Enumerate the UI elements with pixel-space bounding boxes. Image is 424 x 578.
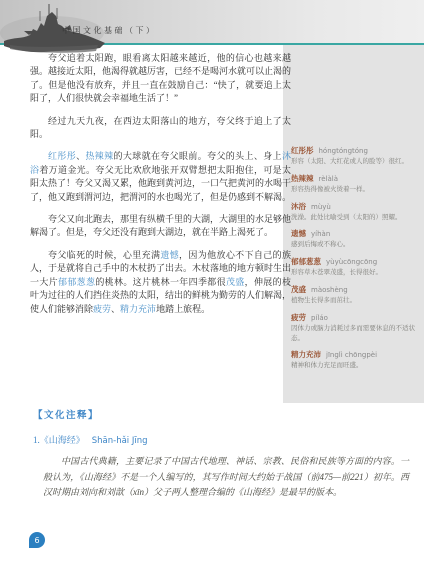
page-number-badge: 6 <box>29 532 45 548</box>
paragraph: 夸父又向北跑去，那里有纵横千里的大湖，大湖里的水足够他解渴了。但是，夸父还没有跑… <box>30 213 291 240</box>
vocab-word: 红彤彤 <box>291 146 314 155</box>
vocab-word-inline: 疲劳 <box>93 304 111 314</box>
vocab-word: 疲劳 <box>291 313 306 322</box>
vocab-entry: 沐浴mùyù 洗澡。此处比喻受到（太阳的）照耀。 <box>291 202 415 223</box>
paragraph: 夸父追着太阳跑，眼看离太阳越来越近，他的信心也越来越强。越接近太阳，他渴得就越厉… <box>30 52 291 106</box>
vocab-word-inline: 红彤彤 <box>48 151 76 161</box>
vocab-pinyin: píláo <box>311 314 328 322</box>
vocab-word: 遗憾 <box>291 229 306 238</box>
vocab-word: 郁郁葱葱 <box>291 257 321 266</box>
vocab-word-inline: 遗憾 <box>160 250 179 260</box>
text-segment: 着万道金光。夸父无比欢欣地张开双臂想把太阳抱住，可是太阳太热了！夸父又渴又累，他… <box>30 165 291 202</box>
note-body: 中国古代典籍，主要记录了中国古代地理、神话、宗教、民俗和民族等方面的内容。一般认… <box>43 454 409 501</box>
vocab-word: 精力充沛 <box>291 350 321 359</box>
vocab-word: 热辣辣 <box>291 174 314 183</box>
text-segment: 的大球就在夸父眼前。夸父的头上、身上 <box>114 151 282 161</box>
text-segment: 夸父又向北跑去，那里有纵横千里的大湖，大湖里的水足够他解渴了。但是，夸父还没有跑… <box>30 214 291 237</box>
note-term: 1.《山海经》 <box>33 435 85 445</box>
vocab-word-inline: 精力充沛 <box>120 304 156 314</box>
vocab-definition: 形容草木苍翠茂盛，长得很好。 <box>291 268 415 278</box>
note-pinyin: Shān-hǎi Jīng <box>92 436 148 446</box>
vocab-list: 红彤彤hóngtóngtóng 形容（太阳、大红花或人的脸等）很红。 热辣辣rè… <box>291 146 415 371</box>
vocab-pinyin: rèlàlà <box>319 175 339 183</box>
text-segment: 夸父追着太阳跑，眼看离太阳越来越近，他的信心也越来越强。越接近太阳，他渴得就越厉… <box>30 53 291 103</box>
vocab-word: 沐浴 <box>291 202 306 211</box>
vocab-entry: 遗憾yíhàn 感到后悔或不称心。 <box>291 229 415 250</box>
vocab-pinyin: mùyù <box>311 203 331 211</box>
vocab-definition: 洗澡。此处比喻受到（太阳的）照耀。 <box>291 213 415 223</box>
culture-notes: 【文化注释】 1.《山海经》Shān-hǎi Jīng 中国古代典籍，主要记录了… <box>33 407 414 501</box>
vocab-entry: 红彤彤hóngtóngtóng 形容（太阳、大红花或人的脸等）很红。 <box>291 146 415 167</box>
vocab-definition: 形容热得像被火烫着一样。 <box>291 185 415 195</box>
culture-notes-heading: 【文化注释】 <box>33 407 414 421</box>
vocab-definition: 植物生长得多而茁壮。 <box>291 296 415 306</box>
book-title: 中国文化基础（下） <box>62 25 157 36</box>
text-segment: 、 <box>111 304 120 314</box>
text-segment: 夸父临死的时候，心里充满 <box>48 250 160 260</box>
paragraph: 红彤彤、热辣辣的大球就在夸父眼前。夸父的头上、身上沐浴着万道金光。夸父无比欢欣地… <box>30 150 291 204</box>
paragraphs: 夸父追着太阳跑，眼看离太阳越来越近，他的信心也越来越强。越接近太阳，他渴得就越厉… <box>30 52 291 316</box>
vocab-word-inline: 郁郁葱葱 <box>58 277 95 287</box>
vocab-entry: 热辣辣rèlàlà 形容热得像被火烫着一样。 <box>291 174 415 195</box>
vocab-entry: 疲劳píláo 因体力或脑力消耗过多而需要休息的不适状态。 <box>291 313 415 344</box>
vocab-word-inline: 茂盛 <box>226 277 245 287</box>
text-segment: 经过九天九夜，在西边太阳落山的地方，夸父终于追上了太阳。 <box>30 116 291 139</box>
vocab-entry: 郁郁葱葱yùyùcōngcōng 形容草木苍翠茂盛，长得很好。 <box>291 257 415 278</box>
vocab-definition: 因体力或脑力消耗过多而需要休息的不适状态。 <box>291 324 415 344</box>
text-segment: 地踏上旅程。 <box>156 304 210 314</box>
paragraph: 经过九天九夜，在西边太阳落山的地方，夸父终于追上了太阳。 <box>30 115 291 142</box>
note-term-row: 1.《山海经》Shān-hǎi Jīng <box>33 433 414 446</box>
lesson-text: 夸父追着太阳跑，眼看离太阳越来越近，他的信心也越来越强。越接近太阳，他渴得就越厉… <box>30 52 291 325</box>
vocab-pinyin: yíhàn <box>311 230 330 238</box>
paragraph: 夸父临死的时候，心里充满遗憾，因为他放心不下自己的族人，于是就将自己手中的木杖扔… <box>30 249 291 316</box>
vocab-definition: 精神和体力充足而旺盛。 <box>291 361 415 371</box>
vocab-pinyin: jīnglì chōngpèi <box>326 351 377 359</box>
vocab-word-inline: 热辣辣 <box>85 151 113 161</box>
vocab-entry: 精力充沛jīnglì chōngpèi 精神和体力充足而旺盛。 <box>291 350 415 371</box>
textbook-page: 中国文化基础（下） 红彤彤hóngtóngtóng 形容（太阳、大红花或人的脸等… <box>0 0 424 578</box>
text-segment: 的桃林。这片桃林一年四季都很 <box>95 277 226 287</box>
page-number: 6 <box>34 536 39 545</box>
vocab-pinyin: màoshèng <box>311 286 348 294</box>
vocab-definition: 感到后悔或不称心。 <box>291 240 415 250</box>
vocab-entry: 茂盛màoshèng 植物生长得多而茁壮。 <box>291 285 415 306</box>
vocab-definition: 形容（太阳、大红花或人的脸等）很红。 <box>291 157 415 167</box>
vocab-pinyin: hóngtóngtóng <box>319 147 368 155</box>
vocab-word: 茂盛 <box>291 285 306 294</box>
vocab-pinyin: yùyùcōngcōng <box>326 258 377 266</box>
vocabulary-sidebar: 红彤彤hóngtóngtóng 形容（太阳、大红花或人的脸等）很红。 热辣辣rè… <box>283 45 424 403</box>
